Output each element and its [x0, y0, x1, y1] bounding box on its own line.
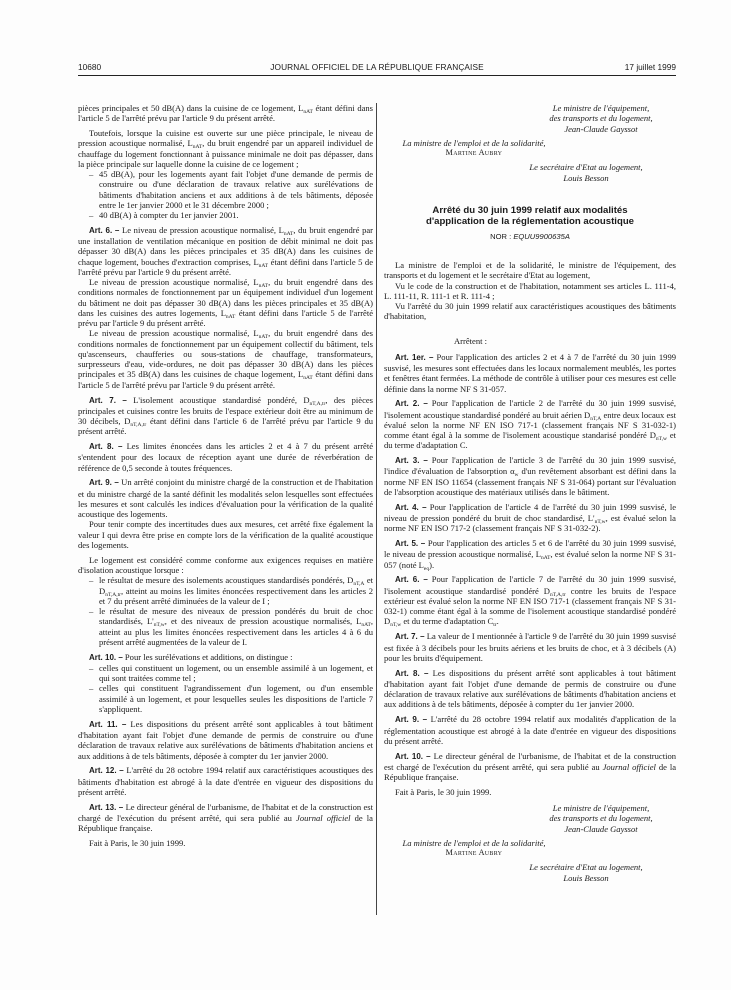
article-label: Art. 6. –	[395, 575, 428, 584]
signatory-emploi: La ministre de l'emploi et de la solidar…	[384, 138, 564, 159]
list-item: le résultat de mesure des isolements aco…	[89, 575, 373, 606]
article-10: Art. 10. – Pour les surélévations et add…	[78, 652, 373, 663]
dash-list: 45 dB(A), pour les logements ayant fait …	[78, 169, 373, 220]
article-label: Art. 6. –	[89, 226, 119, 235]
list-item: celles qui constituent un logement, ou u…	[89, 663, 373, 684]
column-divider	[376, 103, 377, 915]
article-9: Art. 9. – Un arrêté conjoint du ministre…	[78, 477, 373, 519]
article-label: Art. 12. –	[89, 766, 124, 775]
page-header: 10680 JOURNAL OFFICIEL DE LA RÉPUBLIQUE …	[78, 62, 676, 76]
paragraph: Le niveau de pression acoustique normali…	[78, 328, 373, 390]
article-label: Art. 10. –	[89, 653, 123, 662]
article-1: Art. 1er. – Pour l'application des artic…	[384, 352, 676, 394]
paragraph: Le logement est considéré comme conforme…	[78, 555, 373, 576]
arretent: Arrêtent :	[384, 336, 676, 346]
preamble: La ministre de l'emploi et de la solidar…	[384, 260, 676, 281]
article-label: Art. 8. –	[395, 669, 428, 678]
article-6: Art. 6. – Pour l'application de l'articl…	[384, 574, 676, 626]
paragraph: pièces principales et 50 dB(A) dans la c…	[78, 103, 373, 124]
paragraph: Toutefois, lorsque la cuisine est ouvert…	[78, 128, 373, 169]
dash-list: le résultat de mesure des isolements aco…	[78, 575, 373, 647]
article-label: Art. 7. –	[89, 396, 127, 405]
signatory-name: Louis Besson	[496, 873, 676, 883]
article-7: Art. 7. – L'isolement acoustique standar…	[78, 395, 373, 437]
article-label: Art. 4. –	[395, 503, 427, 512]
article-9: Art. 9. – L'arrêté du 28 octobre 1994 re…	[384, 714, 676, 746]
article-2: Art. 2. – Pour l'application de l'articl…	[384, 398, 676, 450]
list-item: le résultat de mesure des niveaux de pre…	[89, 606, 373, 647]
header-rule	[78, 75, 676, 76]
signature-place-date: Fait à Paris, le 30 juin 1999.	[78, 838, 373, 848]
signatory-logement: Le secrétaire d'Etat au logement, Louis …	[496, 862, 676, 883]
right-column: Le ministre de l'équipement, des transpo…	[384, 103, 676, 889]
signatory-name: Martine Aubry	[384, 848, 564, 858]
left-column: pièces principales et 50 dB(A) dans la c…	[78, 103, 373, 853]
journal-officiel-ref: Journal officiel	[603, 762, 656, 772]
decree-title: Arrêté du 30 juin 1999 relatif aux modal…	[384, 205, 676, 228]
visa: Vu le code de la construction et de l'ha…	[384, 281, 676, 302]
signatory-equipement: Le ministre de l'équipement, des transpo…	[526, 803, 676, 834]
article-3: Art. 3. – Pour l'application de l'articl…	[384, 455, 676, 497]
article-label: Art. 8. –	[89, 442, 122, 451]
signatory-equipement: Le ministre de l'équipement, des transpo…	[526, 103, 676, 134]
article-label: Art. 9. –	[89, 478, 119, 487]
nor-reference: NOR : EQUU9900635A	[384, 232, 676, 242]
article-label: Art. 7. –	[395, 632, 425, 641]
article-5: Art. 5. – Pour l'application des article…	[384, 538, 676, 570]
article-label: Art. 2. –	[395, 399, 428, 408]
list-item: 45 dB(A), pour les logements ayant fait …	[89, 169, 373, 210]
article-13: Art. 13. – Le directeur général de l'urb…	[78, 802, 373, 834]
dash-list: celles qui constituent un logement, ou u…	[78, 663, 373, 714]
article-4: Art. 4. – Pour l'application de l'articl…	[384, 502, 676, 534]
list-item: celles qui constituent l'agrandissement …	[89, 683, 373, 714]
signature-block-top: Le ministre de l'équipement, des transpo…	[384, 103, 676, 183]
signature-place-date: Fait à Paris, le 30 juin 1999.	[384, 787, 676, 797]
signatory-name: Louis Besson	[496, 173, 676, 183]
signature-block-bottom: Le ministre de l'équipement, des transpo…	[384, 803, 676, 883]
journal-title: JOURNAL OFFICIEL DE LA RÉPUBLIQUE FRANÇA…	[78, 62, 676, 72]
article-label: Art. 5. –	[395, 539, 425, 548]
visa: Vu l'arrêté du 30 juin 1999 relatif aux …	[384, 301, 676, 322]
signatory-logement: Le secrétaire d'Etat au logement, Louis …	[496, 162, 676, 183]
signatory-name: Jean-Claude Gayssot	[526, 124, 676, 134]
article-7: Art. 7. – La valeur de I mentionnée à l'…	[384, 631, 676, 663]
signatory-name: Jean-Claude Gayssot	[526, 824, 676, 834]
article-8: Art. 8. – Les dispositions du présent ar…	[384, 668, 676, 710]
signatory-emploi: La ministre de l'emploi et de la solidar…	[384, 838, 564, 859]
article-label: Art. 10. –	[395, 752, 431, 761]
issue-date: 17 juillet 1999	[625, 62, 676, 72]
article-label: Art. 13. –	[89, 803, 123, 812]
article-12: Art. 12. – L'arrêté du 28 octobre 1994 r…	[78, 765, 373, 797]
article-10: Art. 10. – Le directeur général de l'urb…	[384, 751, 676, 783]
list-item: 40 dB(A) à compter du 1er janvier 2001.	[89, 210, 373, 220]
article-label: Art. 11. –	[89, 720, 126, 729]
paragraph: Pour tenir compte des incertitudes dues …	[78, 519, 373, 550]
journal-officiel-ref: Journal officiel	[296, 813, 350, 823]
paragraph: Le niveau de pression acoustique normali…	[78, 277, 373, 328]
article-label: Art. 3. –	[395, 456, 428, 465]
article-6: Art. 6. – Le niveau de pression acoustiq…	[78, 225, 373, 277]
article-label: Art. 1er. –	[395, 353, 433, 362]
signatory-name: Martine Aubry	[384, 148, 564, 158]
article-11: Art. 11. – Les dispositions du présent a…	[78, 719, 373, 761]
article-8: Art. 8. – Les limites énoncées dans les …	[78, 441, 373, 473]
article-label: Art. 9. –	[395, 715, 427, 724]
